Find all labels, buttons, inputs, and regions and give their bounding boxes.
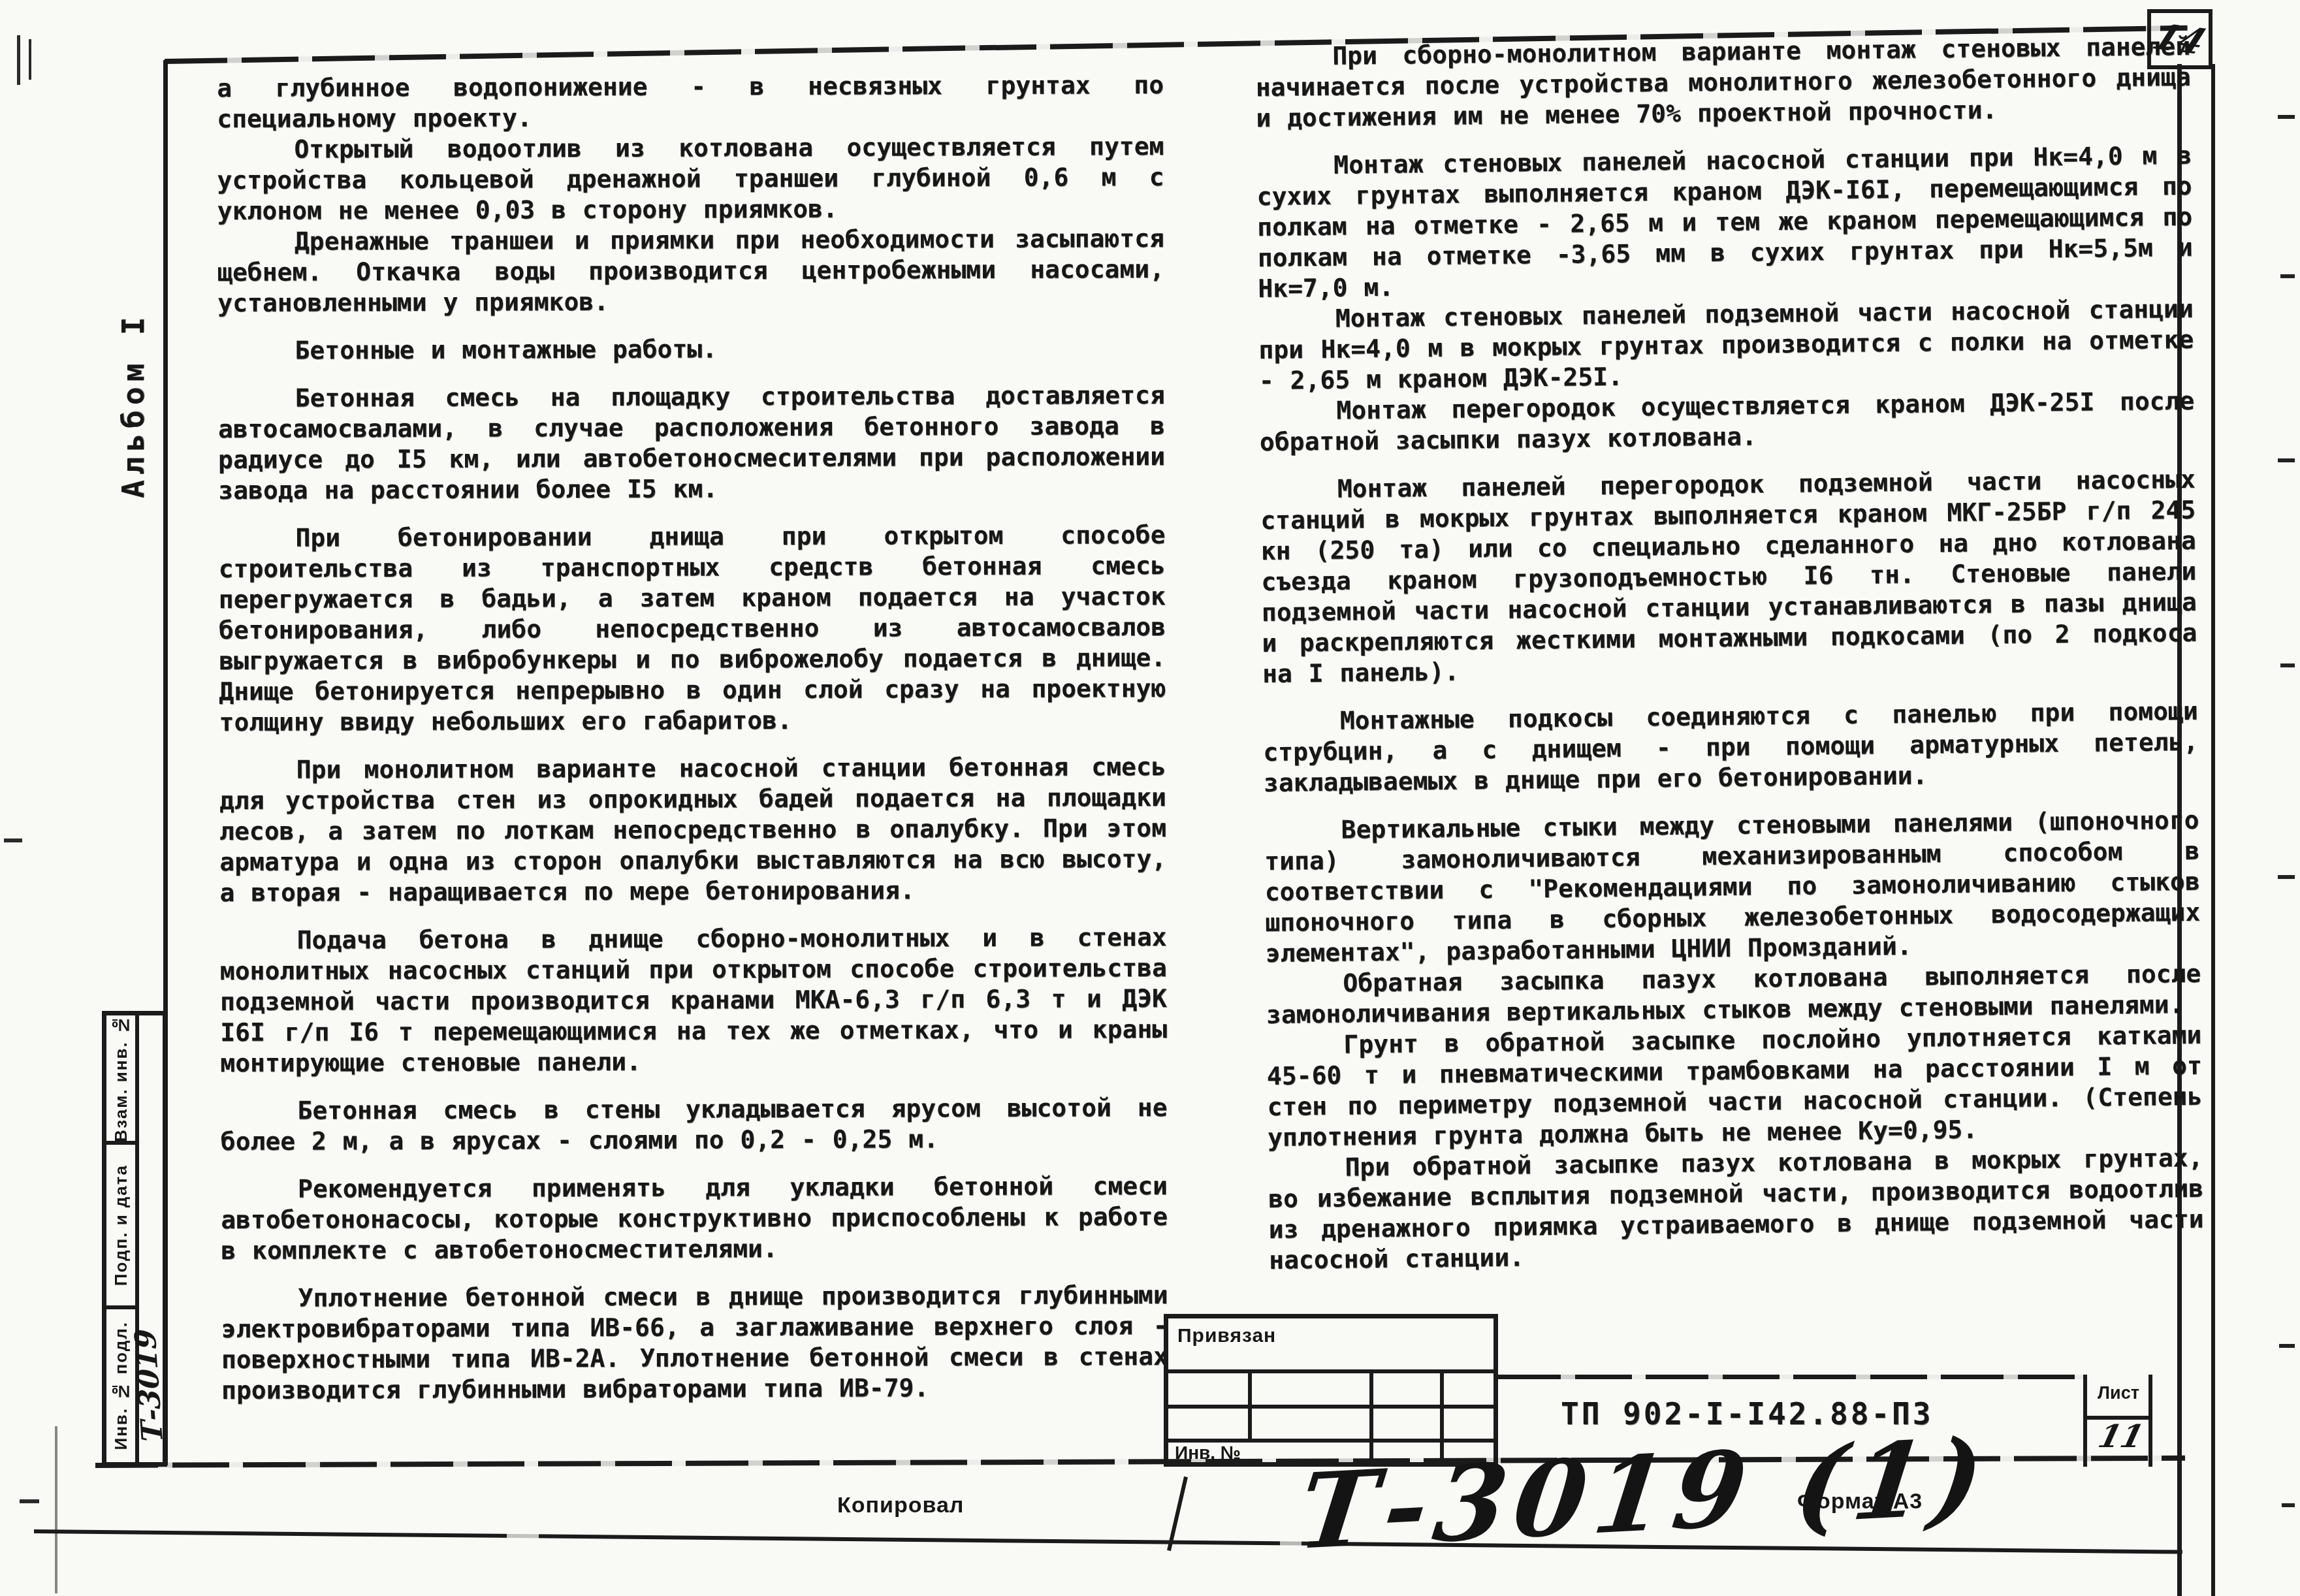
paragraph: При бетонировании днища при открытом спо… bbox=[218, 520, 1166, 738]
paragraph: Открытый водоотлив из котлована осуществ… bbox=[217, 131, 1164, 227]
title-block-line bbox=[1498, 1375, 2087, 1379]
text-column-right: При сборно-монолитном варианте монтаж ст… bbox=[1255, 31, 2204, 1276]
inventory-label: Инв. № bbox=[1175, 1443, 1241, 1463]
copied-by-label: Копировал bbox=[837, 1493, 964, 1518]
paragraph: Дренажные траншеи и приямки при необходи… bbox=[217, 223, 1164, 319]
paragraph: Уплотнение бетонной смеси в днище произв… bbox=[221, 1280, 1168, 1406]
sheet-label: Лист bbox=[2087, 1383, 2150, 1403]
edge-tick bbox=[2279, 1344, 2295, 1348]
paragraph: При сборно-монолитном варианте монтаж ст… bbox=[1255, 31, 2192, 134]
edge-tick bbox=[2282, 1503, 2295, 1507]
edge-tick bbox=[2280, 663, 2295, 667]
edge-tick bbox=[2278, 458, 2295, 462]
paragraph: Вертикальные стыки между стеновыми панел… bbox=[1264, 805, 2201, 969]
paragraph: При монолитном варианте насосной станции… bbox=[219, 752, 1167, 908]
edge-tick bbox=[2278, 875, 2295, 879]
paragraph: Обратная засыпка пазух котлована выполня… bbox=[1266, 959, 2201, 1030]
paragraph: Грунт в обратной засыпке послойно уплотн… bbox=[1266, 1020, 2203, 1153]
paragraph: Монтаж панелей перегородок подземной час… bbox=[1260, 464, 2198, 690]
scanned-document-page: 14 Альбом I Взам. инв. № Подп. и дата Ин… bbox=[0, 0, 2300, 1596]
paragraph: При обратной засыпке пазух котлована в м… bbox=[1268, 1143, 2204, 1276]
stamp-cell-vzam: Взам. инв. № bbox=[106, 1015, 139, 1145]
paragraph: Монтажные подкосы соединяются с панелью … bbox=[1263, 696, 2199, 799]
album-label: Альбом I bbox=[110, 274, 157, 535]
stamp-label: Взам. инв. № bbox=[111, 1014, 131, 1142]
binding-label: Привязан bbox=[1177, 1325, 1276, 1347]
scan-artifact bbox=[55, 1426, 57, 1593]
title-block-line bbox=[1168, 1405, 1493, 1409]
scan-artifact bbox=[4, 838, 22, 842]
title-block-line bbox=[1168, 1369, 1493, 1373]
paragraph: Монтаж перегородок осуществляется краном… bbox=[1259, 386, 2195, 458]
stamp-label: Инв. № подл. bbox=[111, 1321, 131, 1450]
paragraph: Монтаж стеновых панелей насосной станции… bbox=[1256, 140, 2194, 304]
stamp-inventory-number-cell: Т-3019 bbox=[135, 1309, 163, 1462]
text-column-left: а глубинное водопонижение - в несвязных … bbox=[217, 70, 1168, 1406]
margin-stamp-table: Взам. инв. № Подп. и дата Инв. № подл. Т… bbox=[102, 1011, 167, 1467]
paragraph: Монтаж стеновых панелей подземной части … bbox=[1258, 294, 2195, 396]
edge-tick bbox=[2280, 274, 2295, 278]
frame-right-outer-border bbox=[2211, 64, 2215, 1596]
scan-artifact bbox=[20, 1499, 39, 1503]
stamp-cell-podp: Подп. и дата bbox=[106, 1145, 139, 1309]
edge-tick bbox=[2278, 115, 2295, 119]
paragraph: Бетонная смесь на площадку строительства… bbox=[218, 380, 1166, 506]
stamp-label: Подп. и дата bbox=[111, 1164, 131, 1286]
paragraph: Подача бетона в днище сборно-монолитных … bbox=[220, 922, 1168, 1079]
scan-artifact bbox=[29, 39, 31, 80]
paragraph: Бетонная смесь в стены укладывается ярус… bbox=[220, 1093, 1167, 1157]
paragraph: Бетонные и монтажные работы. bbox=[217, 332, 1164, 366]
scan-artifact bbox=[17, 35, 20, 85]
paragraph: а глубинное водопонижение - в несвязных … bbox=[217, 70, 1164, 135]
sheet-number: 11 bbox=[2090, 1418, 2152, 1455]
paragraph: Рекомендуется применять для укладки бето… bbox=[221, 1171, 1168, 1266]
title-block-line bbox=[1248, 1369, 1252, 1439]
